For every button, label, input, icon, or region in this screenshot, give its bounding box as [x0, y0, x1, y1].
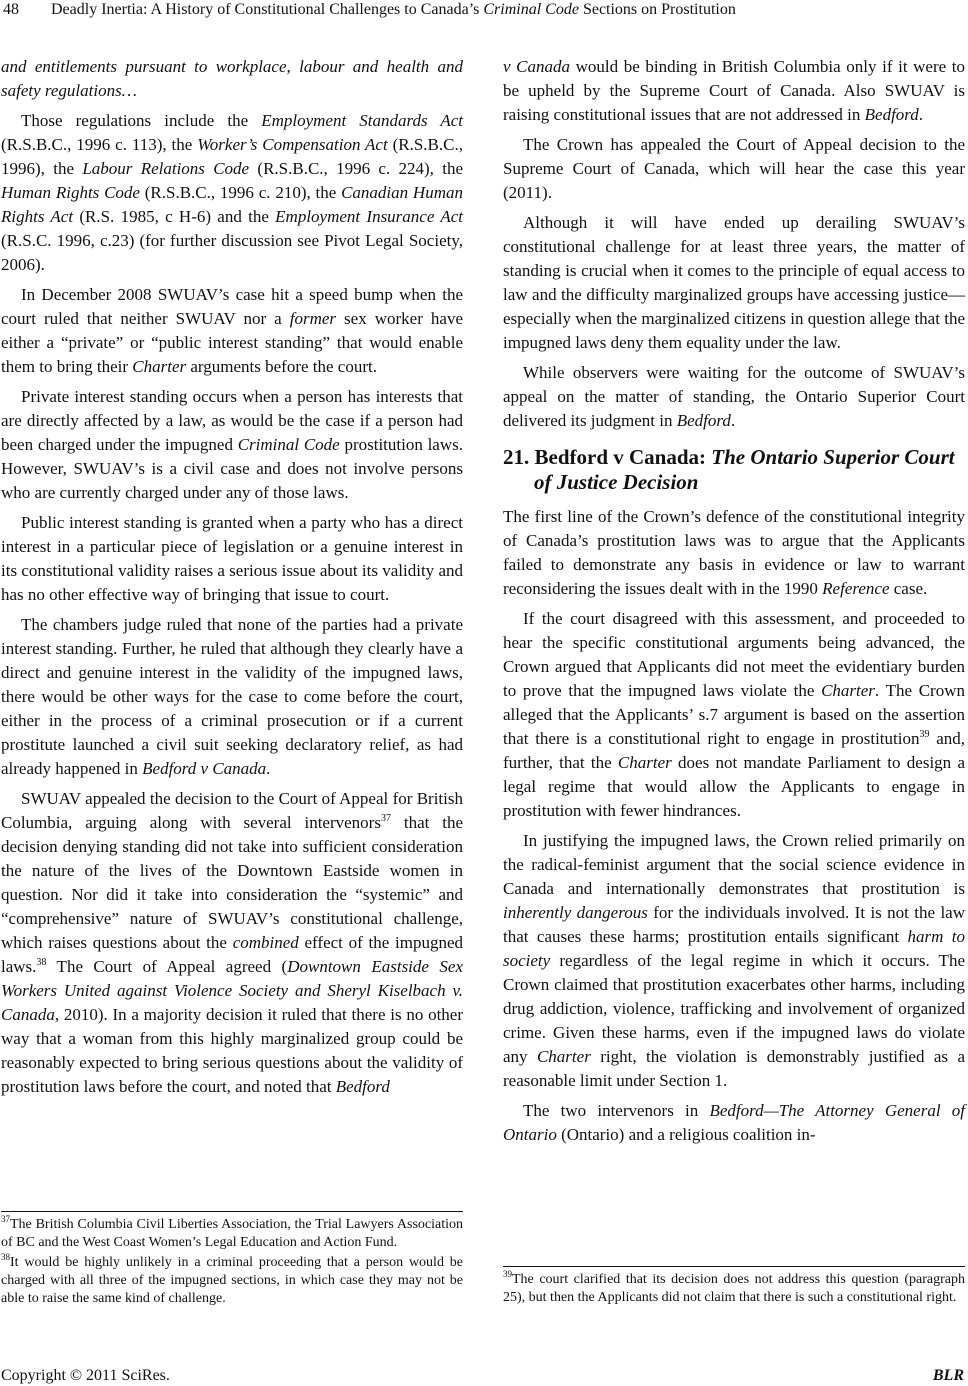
emphasis: Charter: [821, 681, 875, 700]
footnote-39: 39The court clarified that its decision …: [503, 1271, 965, 1307]
paragraph: While observers were waiting for the out…: [503, 361, 965, 433]
text: (R.S.B.C., 1996 c. 224), the: [249, 159, 463, 178]
footnote-text: The British Columbia Civil Liberties Ass…: [1, 1217, 463, 1250]
text: In justifying the impugned laws, the Cro…: [503, 831, 965, 898]
case-name: v Canada: [503, 57, 570, 76]
footnote-text: The court clarified that its decision do…: [503, 1272, 965, 1305]
paragraph: Private interest standing occurs when a …: [1, 385, 463, 505]
text: Those regulations include the: [21, 111, 261, 130]
case-name: Bedford: [865, 105, 919, 124]
text: .: [266, 759, 270, 778]
running-title: Deadly Inertia: A History of Constitutio…: [51, 0, 736, 20]
running-header: 48 Deadly Inertia: A History of Constitu…: [0, 0, 968, 22]
footnote-rule: [1, 1211, 463, 1212]
copyright-notice: Copyright © 2011 SciRes.: [1, 1366, 170, 1386]
text: (R.S.B.C., 1996 c. 113), the: [1, 135, 197, 154]
right-column: v Canada would be binding in British Col…: [503, 55, 965, 1153]
act-title: Worker’s Compensation Act: [197, 135, 388, 154]
footnote-marker: 39: [503, 1269, 512, 1279]
act-title: Labour Relations Code: [82, 159, 249, 178]
paragraph: In December 2008 SWUAV’s case hit a spee…: [1, 283, 463, 379]
text: (R.S.C. 1996, c.23) (for further discuss…: [1, 231, 463, 274]
case-name: Reference: [822, 579, 889, 598]
paragraph: Those regulations include the Employment…: [1, 109, 463, 277]
paragraph: v Canada would be binding in British Col…: [503, 55, 965, 127]
text: (R.S. 1985, c H-6) and the: [73, 207, 275, 226]
paragraph: If the court disagreed with this assessm…: [503, 607, 965, 823]
paragraph: Although it will have ended up derailing…: [503, 211, 965, 355]
emphasis: Charter: [537, 1047, 591, 1066]
paragraph: and entitlements pursuant to workplace, …: [1, 55, 463, 103]
paragraph: The first line of the Crown’s defence of…: [503, 505, 965, 601]
footnote-text: It would be highly unlikely in a crimina…: [1, 1255, 463, 1306]
running-title-text-end: Sections on Prostitution: [579, 1, 736, 18]
text: The Court of Appeal agreed (: [46, 957, 287, 976]
running-title-italic: Criminal Code: [483, 1, 579, 18]
running-title-text: Deadly Inertia: A History of Constitutio…: [51, 1, 483, 18]
footnotes-right: 39The court clarified that its decision …: [503, 1266, 965, 1309]
case-name: Bedford: [336, 1077, 390, 1096]
emphasis: Charter: [618, 753, 672, 772]
paragraph: The chambers judge ruled that none of th…: [1, 613, 463, 781]
emphasis: inherently dangerous: [503, 903, 648, 922]
text: The two intervenors in: [523, 1101, 709, 1120]
footnote-37: 37The British Columbia Civil Liberties A…: [1, 1216, 463, 1252]
page-number: 48: [3, 0, 19, 20]
text: The chambers judge ruled that none of th…: [1, 615, 463, 778]
footnote-marker: 38: [1, 1252, 10, 1262]
footnote-38: 38It would be highly unlikely in a crimi…: [1, 1254, 463, 1308]
left-column: and entitlements pursuant to workplace, …: [1, 55, 463, 1105]
emphasis: Criminal Code: [238, 435, 340, 454]
journal-abbreviation: BLR: [933, 1366, 964, 1386]
act-title: Employment Insurance Act: [275, 207, 463, 226]
text: that the decision denying standing did n…: [1, 813, 463, 952]
text: , 2010). In a majority decision it ruled…: [1, 1005, 463, 1096]
paragraph: The two intervenors in Bedford—The Attor…: [503, 1099, 965, 1147]
text: (Ontario) and a religious coalition in-: [557, 1125, 816, 1144]
case-name: Bedford v Canada: [142, 759, 266, 778]
text: (R.S.B.C., 1996 c. 210), the: [140, 183, 341, 202]
case-name: Bedford: [677, 411, 731, 430]
section-heading-title: 21. Bedford v Canada:: [503, 445, 711, 469]
text: .: [731, 411, 735, 430]
text: .: [919, 105, 923, 124]
footnote-rule: [503, 1266, 965, 1267]
emphasis: former: [290, 309, 336, 328]
footnote-ref-38[interactable]: 38: [36, 957, 46, 968]
act-title: Employment Standards Act: [261, 111, 463, 130]
paragraph: Public interest standing is granted when…: [1, 511, 463, 607]
text: arguments before the court.: [186, 357, 377, 376]
paragraph: The Crown has appealed the Court of Appe…: [503, 133, 965, 205]
section-heading: 21. Bedford v Canada: The Ontario Superi…: [503, 445, 965, 495]
paragraph: SWUAV appealed the decision to the Court…: [1, 787, 463, 1099]
emphasis: Charter: [132, 357, 186, 376]
footnote-ref-37[interactable]: 37: [381, 813, 391, 824]
emphasis: combined: [233, 933, 299, 952]
paragraph: In justifying the impugned laws, the Cro…: [503, 829, 965, 1093]
footnote-marker: 37: [1, 1214, 10, 1224]
text: case.: [890, 579, 928, 598]
footnote-ref-39[interactable]: 39: [919, 729, 929, 740]
footnotes-left: 37The British Columbia Civil Liberties A…: [1, 1211, 463, 1310]
act-title: Human Rights Code: [1, 183, 140, 202]
